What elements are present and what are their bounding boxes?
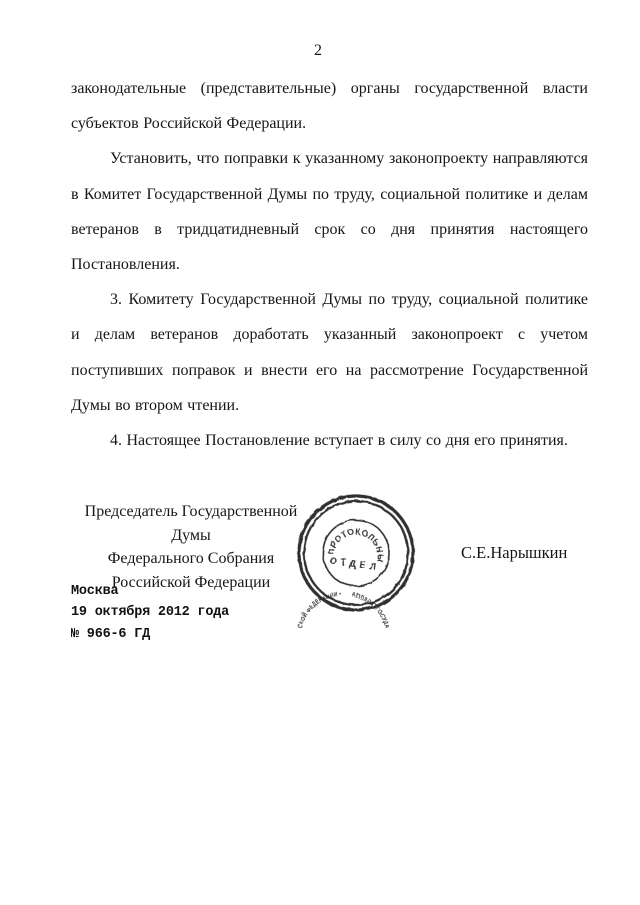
- page-number: 2: [0, 41, 636, 61]
- svg-text:АППАРАТ ГОСУДАРСТВЕННОЙ ДУМЫ Ф: АППАРАТ ГОСУДАРСТВЕННОЙ ДУМЫ ФЕДЕРАЛЬНОГ…: [288, 584, 399, 628]
- body-line: 3. Комитету Государственной Думы по труд…: [71, 282, 588, 317]
- signature-block: Председатель Государственной Думы Федера…: [66, 500, 316, 594]
- document-body: законодательные (представительные) орган…: [71, 71, 588, 458]
- body-line: Постановления.: [71, 247, 588, 282]
- body-line: поступивших поправок и внести его на рас…: [71, 353, 588, 388]
- body-line: законодательные (представительные) орган…: [71, 71, 588, 106]
- body-line: 4. Настоящее Постановление вступает в си…: [71, 423, 588, 458]
- requisites-city: Москва: [71, 581, 229, 602]
- document-page: 2 законодательные (представительные) орг…: [0, 0, 640, 905]
- stamp-ring-text: АППАРАТ ГОСУДАРСТВЕННОЙ ДУМЫ ФЕДЕРАЛЬНОГ…: [288, 584, 399, 628]
- signer-name: С.Е.Нарышкин: [461, 542, 567, 564]
- signature-title-line1: Председатель Государственной Думы: [66, 500, 316, 547]
- stamp-center-text: ОТДЕЛ: [329, 555, 380, 573]
- body-line: ветеранов в тридцатидневный срок со дня …: [71, 212, 588, 247]
- body-line: и делам ветеранов доработать указанный з…: [71, 317, 588, 352]
- body-line: в Комитет Государственной Думы по труду,…: [71, 177, 588, 212]
- body-line: Установить, что поправки к указанному за…: [71, 141, 588, 176]
- requisites-date: 19 октября 2012 года: [71, 602, 229, 623]
- body-line: Думы во втором чтении.: [71, 388, 588, 423]
- requisites-block: Москва 19 октября 2012 года № 966-6 ГД: [71, 581, 229, 645]
- requisites-number: № 966-6 ГД: [71, 624, 229, 645]
- body-line: субъектов Российской Федерации.: [71, 106, 588, 141]
- signature-title-line2: Федерального Собрания: [66, 547, 316, 571]
- protocol-stamp: АППАРАТ ГОСУДАРСТВЕННОЙ ДУМЫ ФЕДЕРАЛЬНОГ…: [281, 478, 431, 628]
